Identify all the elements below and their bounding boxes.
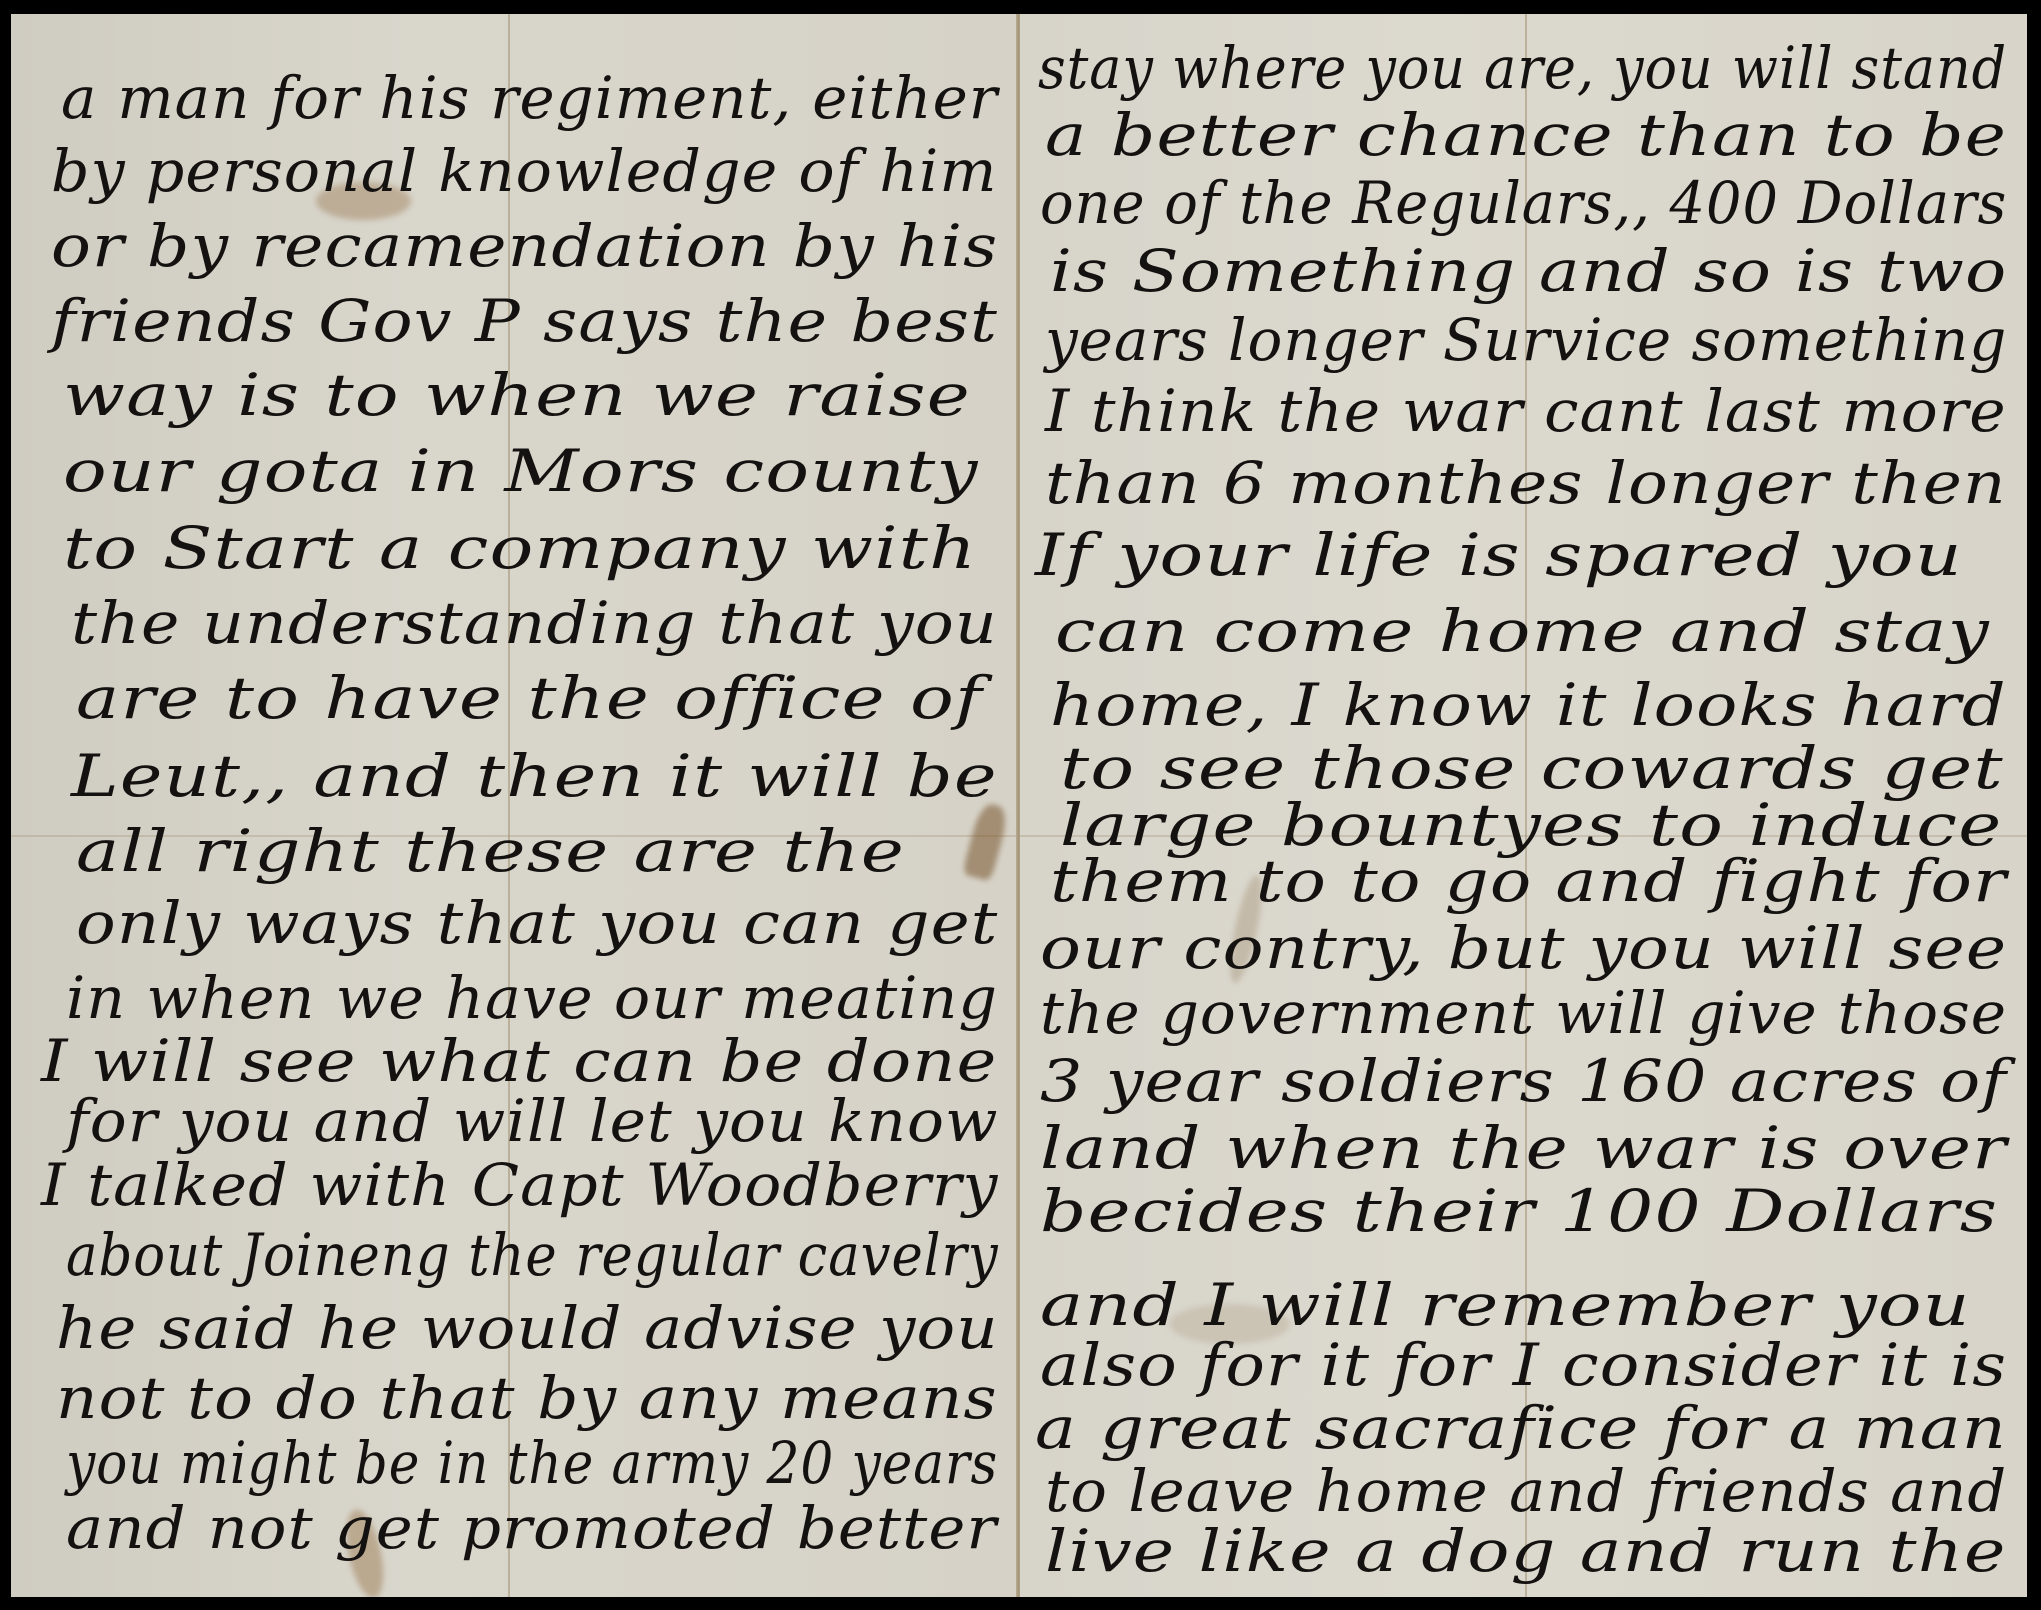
text-line: to see those cowards get — [1060, 739, 2004, 797]
text-line: large bountyes to induce — [1060, 796, 2002, 854]
text-line: or by recamendation by his — [51, 217, 998, 275]
text-line: the understanding that you — [71, 594, 998, 652]
text-line: them to to go and fight for — [1050, 852, 2007, 910]
text-line: about Joineng the regular cavelry — [66, 1226, 999, 1284]
right-page-text: stay where you are, you will stand a bet… — [1020, 14, 2027, 1597]
text-line: If your life is spared you — [1035, 526, 1963, 584]
text-line: to leave home and friends and — [1045, 1462, 2007, 1520]
text-line: our contry, but you will see — [1040, 919, 2007, 977]
text-line: years longer Survice something — [1045, 311, 2007, 369]
text-line: than 6 monthes longer then — [1045, 454, 2007, 512]
text-line: is Something and so is two — [1050, 242, 2007, 300]
text-line: way is to when we raise — [63, 366, 971, 424]
text-line: home, I know it looks hard — [1050, 676, 2007, 734]
text-line: I will see what can be done — [41, 1032, 997, 1090]
text-line: a better chance than to be — [1045, 106, 2007, 164]
text-line: you might be in the army 20 years — [66, 1434, 998, 1492]
text-line: stay where you are, you will stand — [1038, 39, 2007, 97]
right-page: stay where you are, you will stand a bet… — [1020, 14, 2027, 1597]
text-line: and not get promoted better — [66, 1499, 997, 1557]
left-page-text: a man for his regiment, either by person… — [11, 14, 1018, 1597]
text-line: the government will give those — [1040, 984, 2007, 1042]
text-line: by personal knowledge of him — [51, 142, 997, 200]
text-line: can come home and stay — [1055, 602, 1990, 660]
text-line: I think the war cant last more — [1045, 382, 2007, 440]
text-line: he said he would advise you — [56, 1299, 999, 1357]
text-line: Leut,, and then it will be — [71, 747, 998, 805]
text-line: becides their 100 Dollars — [1040, 1182, 1998, 1240]
letter-sheet: a man for his regiment, either by person… — [11, 14, 2027, 1597]
text-line: a great sacrafice for a man — [1035, 1399, 2007, 1457]
text-line: one of the Regulars,, 400 Dollars — [1040, 174, 2007, 232]
text-line: friends Gov P says the best — [51, 292, 998, 350]
text-line: land when the war is over — [1040, 1119, 2007, 1177]
text-line: in when we have our meating — [66, 969, 998, 1027]
text-line: for you and will let you know — [66, 1092, 999, 1150]
text-line: a man for his regiment, either — [61, 69, 998, 127]
text-line: only ways that you can get — [76, 894, 998, 952]
text-line: not to do that by any means — [56, 1369, 998, 1427]
text-line: 3 year soldiers 160 acres of — [1040, 1052, 2007, 1110]
text-line: to Start a company with — [63, 519, 977, 577]
left-page: a man for his regiment, either by person… — [11, 14, 1018, 1597]
text-line: all right these are the — [76, 822, 905, 880]
text-line: our gota in Mors county — [63, 442, 979, 500]
text-line: live like a dog and run the — [1045, 1522, 2007, 1580]
text-line: are to have the office of — [76, 669, 983, 727]
text-line: I talked with Capt Woodberry — [41, 1156, 999, 1214]
text-line: also for it for I consider it is — [1040, 1336, 2007, 1394]
text-line: and I will remember you — [1040, 1276, 1971, 1334]
